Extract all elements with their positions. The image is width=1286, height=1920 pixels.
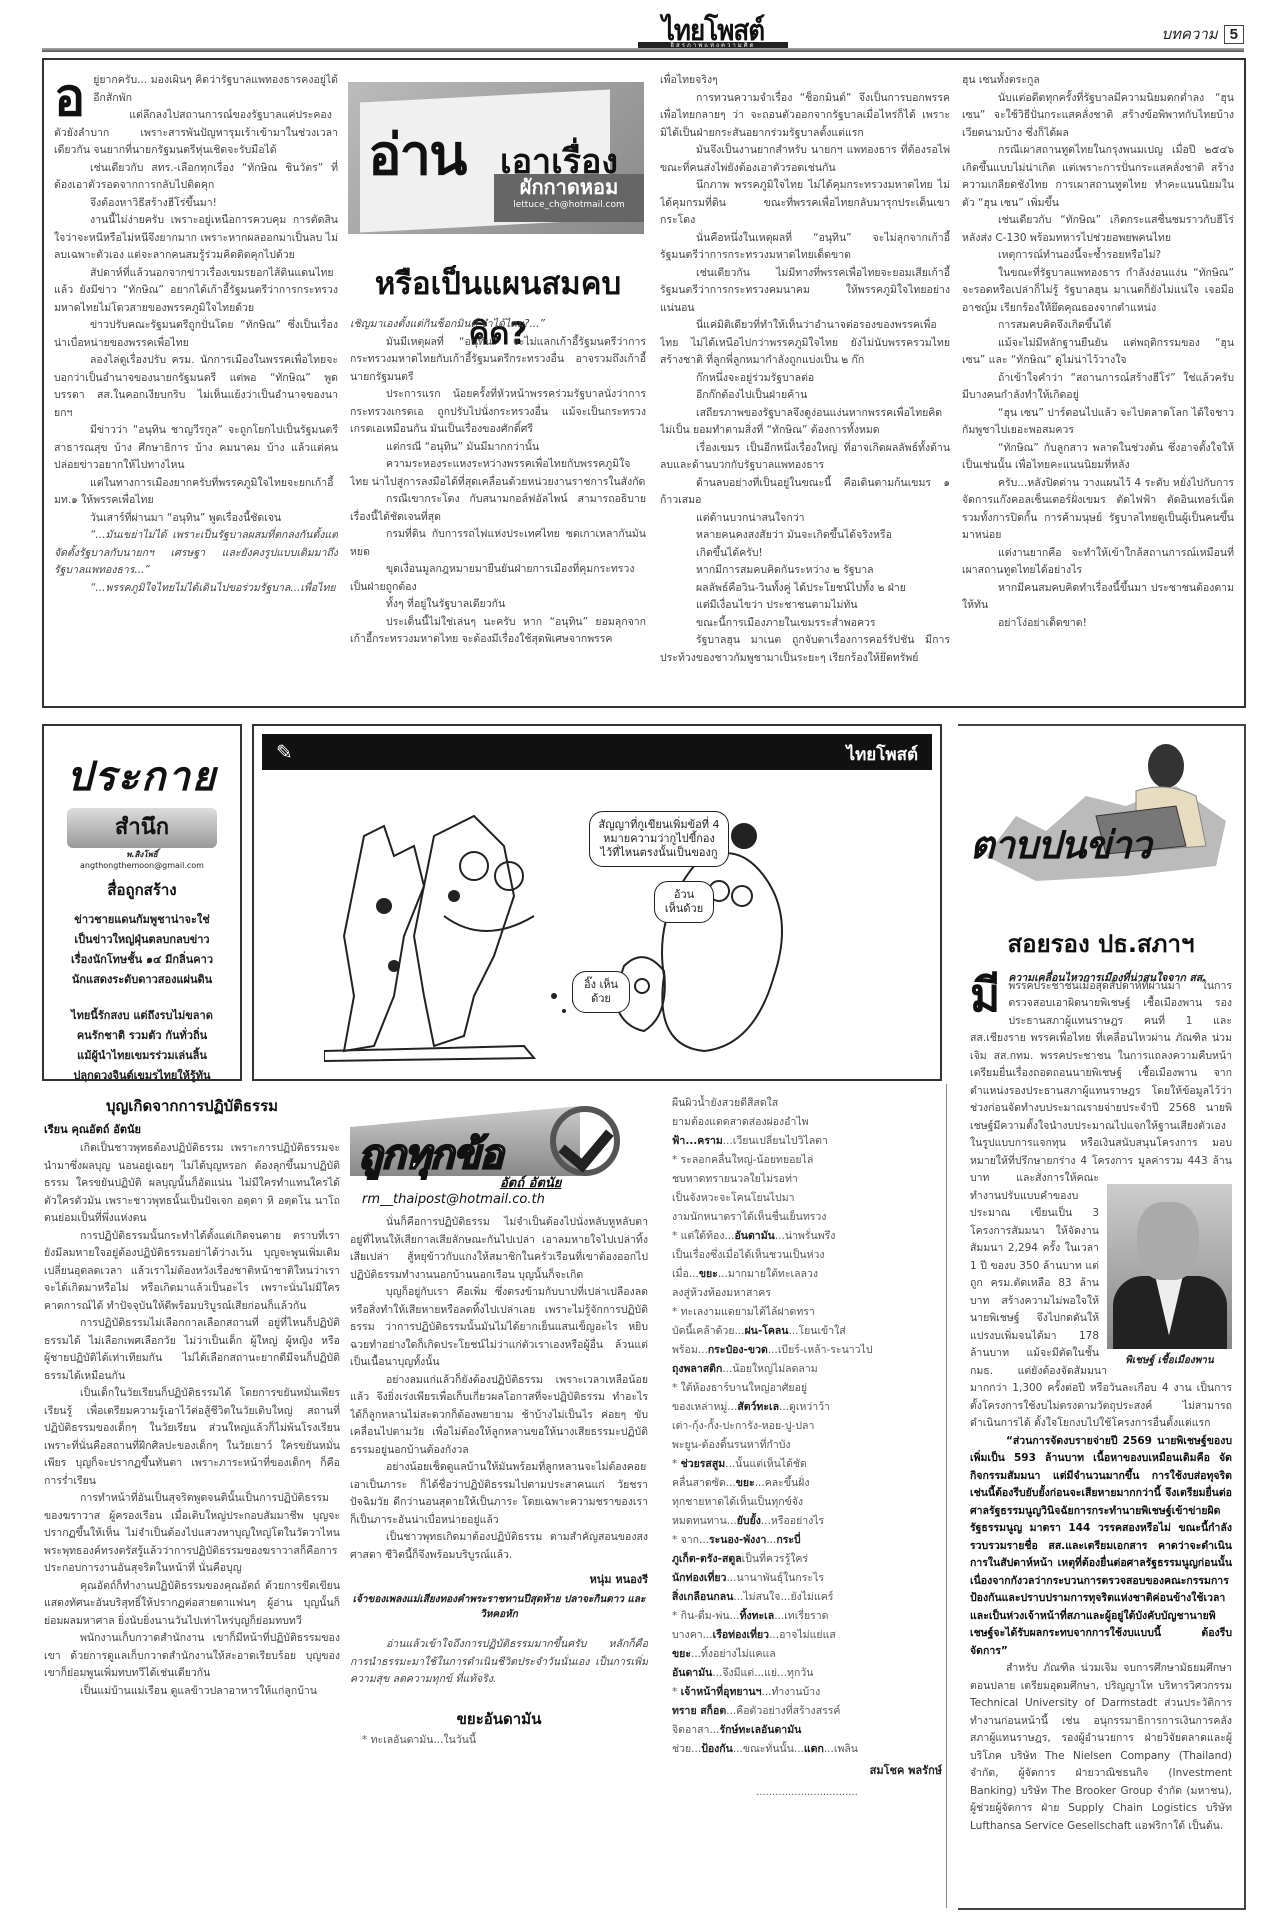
paragraph: เหตุการณ์ทำนองนี้จะซ้ำรอยหรือไม่?: [962, 247, 1234, 265]
paragraph: ครับ...หลังปิดด่าน วางแผนไว้ 4 ระดับ หยั…: [962, 475, 1234, 545]
paragraph: กรณีเขากระโดง กับสนามกอล์ฟอัลไพน์ สามารถ…: [350, 491, 646, 526]
poem-line: ภูเก็ต-ตรัง-สตูลเป็นที่ควรรู้ใคร่: [672, 1550, 942, 1569]
paragraph: คุณอัตถ์ก็ทำงานปฏิบัติธรรมของคุณอัตถ์ ด้…: [44, 1578, 340, 1631]
paragraph: ยู่ยากครับ... มองเผินๆ คิดว่ารัฐบาลแพทอง…: [54, 72, 338, 107]
paragraph: “...พรรคภูมิใจไทยไม่ได้เดินไปขอร่วมรัฐบา…: [54, 580, 338, 598]
poem-line: ของเหล่าหมู่...สัตว์ทะเล...ดูเหว่าว้า: [672, 1398, 942, 1417]
poem-line: * แต่ใต้ท้อง...อันดามัน...น่าพรั่นพรึง: [672, 1227, 942, 1246]
poem-column: ผืนผิวน้ำยังสวยดีสีสดใสยามต้องแดดสาดส่อง…: [672, 1094, 942, 1920]
prakai-logo: ประกาย: [44, 744, 240, 808]
paragraph: ลองไล่ดูเรื่องปรับ ครม. นักการเมืองในพรร…: [54, 352, 338, 422]
paragraph: บุญก็อยู่กับเรา คือเพิ่ม ซึ่งตรงข้ามกับบ…: [350, 1284, 648, 1372]
paragraph: เช่นเดียวกับ สทร.-เลือกทุกเรื่อง “ทักษิณ…: [54, 160, 338, 195]
cartoon-header-bar: ✎ ไทยโพสต์: [262, 734, 932, 770]
poem-line: เป็นเรื่องซึ่งเมื่อได้เห็นชวนเป็นห่วง: [672, 1246, 942, 1265]
tooktookkho-banner: ถูกทุกข้อ อัตถ์ อัตนัย rm__thaipost@hotm…: [350, 1092, 648, 1212]
poem-line: ยามต้องแดดสาดส่องผ่องอำไพ: [672, 1113, 942, 1132]
letter-title: บุญเกิดจากการปฏิบัติธรรม: [44, 1094, 340, 1118]
paragraph: ข่าวปรับคณะรัฐมนตรีถูกปั่นโดย “ทักษิณ” ซ…: [54, 317, 338, 352]
paragraph: อีกก๊กต้องไปเป็นฝ่ายค้าน: [660, 387, 950, 405]
paragraph: รัฐบาลฮุน มาเนต ถูกจับตาเรื่องการคอร์รัป…: [660, 632, 950, 667]
sub-column-title: ขยะอันดามัน: [350, 1707, 648, 1731]
paragraph: แต่ในทางการเมืองยากครับที่พรรคภูมิใจไทยจ…: [54, 475, 338, 510]
paragraph: การทวนความจำเรื่อง “ช็อกมินต์” จึงเป็นกา…: [660, 90, 950, 143]
poem-line: เป็นข่าวใหญ่ฝุ่นตลบกลบข่าว: [44, 930, 240, 950]
paragraph: “...มันเขย่าไม่ได้ เพราะเป็นรัฐบาลผสมที่…: [54, 527, 338, 580]
page-header: ไทยโพสต์ อิสรภาพแห่งความคิด บทความ5: [42, 0, 1244, 56]
speech-bubble-2: อ้วน เห็นด้วย: [654, 881, 714, 923]
poem-line: ขยะ...ทิ้งอย่างไม่แคแล: [672, 1645, 942, 1664]
poem-line: * ช่วยรสสูม...นั้นแต่เห็นได้ชัด: [672, 1455, 942, 1474]
poem-line: ลงสู่ห้วงท้องมหาสาคร: [672, 1284, 942, 1303]
speech-bubble-main: สัญญาที่กูเขียนเพิ่มข้อที่ 4 หมายความว่า…: [589, 811, 729, 867]
poem-line: เมื่อ...ขยะ...มากมายใต้ทะเลลวง: [672, 1265, 942, 1284]
paragraph: ฮุน เซนทั้งตระกูล: [962, 72, 1234, 90]
paragraph: นั่นก็คือการปฏิบัติธรรม ไม่จำเป็นต้องไปน…: [350, 1214, 648, 1284]
paragraph: อย่างน้อยเช็ดดูแลบ้านให้มันพร้อมที่ลูกหล…: [350, 1459, 648, 1529]
column-divider: [946, 1084, 947, 1908]
paragraph: เป็นเด็กในวัยเรียนก็ปฏิบัติธรรมได้ โดยกา…: [44, 1385, 340, 1490]
paragraph: เกิดเป็นชาวพุทธต้องปฏิบัติธรรม เพราะการป…: [44, 1140, 340, 1228]
paragraph: แต่มีเงื่อนไขว่า ประชาชนตามไม่ทัน: [660, 597, 950, 615]
paragraph: เป็นแม่บ้านแม่เรือน ดูแลข้าวปลาอาหารให้แ…: [44, 1683, 340, 1701]
paragraph: ด้านลบอย่างที่เป็นอยู่ในขณะนี้ คือเดินตา…: [660, 475, 950, 510]
poem-line: ทุกชายหาดได้เห็นเป็นทุกข์จัง: [672, 1493, 942, 1512]
paragraph: ความระหองระแหงระหว่างพรรคเพื่อไทยกับพรรค…: [350, 456, 646, 491]
paragraph: วันเสาร์ที่ผ่านมา “อนุทิน” พูดเรื่องนี้ช…: [54, 510, 338, 528]
poem-line: นักท่องเที่ยว...นานาพันธุ์ในกระไร: [672, 1569, 942, 1588]
poem-line: คลื่นสาดซัด...ขยะ...คละขึ้นฝั่ง: [672, 1474, 942, 1493]
masthead-logo: ไทยโพสต์ อิสรภาพแห่งความคิด: [638, 18, 788, 50]
speech-bubble-3: อิ๊ง เห็นด้วย: [572, 971, 630, 1013]
poem-line: งามนักหนาดราได้เห็นชื่นเย็นทรวง: [672, 1208, 942, 1227]
paragraph: เช่นเดียวกัน ไม่มีทางที่พรรคเพื่อไทยจะยอ…: [660, 265, 950, 318]
poem-line: * ทะเลงามแดยามไต้ไล้ฝาดทรา: [672, 1303, 942, 1322]
poem-line: พะยูน-ต้องดิ้นรนหาที่กำบัง: [672, 1436, 942, 1455]
poem-line: ปลุกดวงจินต์เขมรไทยให้รู้ทัน: [44, 1066, 240, 1086]
paragraph: แม้จะไม่มีหลักฐานยืนยัน แต่พฤติกรรมของ “…: [962, 335, 1234, 370]
section-label: บทความ5: [1161, 22, 1244, 46]
tooktook-email[interactable]: rm__thaipost@hotmail.co.th: [362, 1192, 545, 1207]
tooktookkho-logo: ถูกทุกข้อ: [358, 1122, 502, 1186]
author-email[interactable]: lettuce_ch@hotmail.com: [494, 200, 644, 210]
paragraph: เรื่องเขมร เป็นอีกหนึ่งเรื่องใหญ่ ที่อาจ…: [660, 440, 950, 475]
paragraph: อย่าโง่อย่าเด็ดขาด!: [962, 615, 1234, 633]
paragraph: การทำหน้าที่อันเป็นสุจริตพูดจนตินั้นเป็น…: [44, 1490, 340, 1578]
paragraph: เป็นชาวพุทธเกิดมาต้องปฏิบัติธรรม ตามสำคั…: [350, 1529, 648, 1564]
page-number: 5: [1224, 25, 1244, 44]
poem-line: คนรักชาติ รวมตัว กันทั่วถิ่น: [44, 1026, 240, 1046]
paragraph: แต่ลึกลงไปสถานการณ์ของรัฐบาลแค่ประคองตัว…: [54, 107, 338, 160]
column-title: สอยรอง ปธ.สภาฯ: [958, 924, 1244, 963]
paragraph: นับแต่อดีตทุกครั้งที่รัฐบาลมีความนิยมตกต…: [962, 90, 1234, 143]
letter-column: บุญเกิดจากการปฏิบัติธรรม เรียน คุณอัตถ์ …: [44, 1094, 340, 1920]
paragraph: ก๊กหนึ่งจะอยู่ร่วมรัฐบาลต่อ: [660, 370, 950, 388]
poem-line: ชบหาดทรายนวลใยไม่รอท่า: [672, 1170, 942, 1189]
poem-line: แม้ผู้นำไทยเขมรร่วมเล่นลิ้น: [44, 1046, 240, 1066]
col1-paragraphs: ยู่ยากครับ... มองเผินๆ คิดว่ารัฐบาลแพทอง…: [54, 72, 338, 597]
column-banner-aan-ao-rueang: อ่าน เอาเรื่อง ผักกาดหอม lettuce_ch@hotm…: [348, 82, 644, 234]
letter-signature: หนุ่ม หนองรี: [350, 1570, 648, 1588]
poem-line: เป็นจังหวะจะโคนโยนไปมา: [672, 1189, 942, 1208]
poem-line: * เจ้าหน้าที่อุทยานฯ...ทำงานบ้าง: [672, 1683, 942, 1702]
poem-line: * ระลอกคลื่นใหญ่-น้อยทยอยไล่: [672, 1151, 942, 1170]
paragraph: ทั้งๆ ที่อยู่ในรัฐบาลเดียวกัน: [350, 596, 646, 614]
tonpon-body: มี ความเคลื่อนไหวการเมืองที่น่าสนใจจาก ส…: [970, 970, 1232, 1900]
poem-line: ฟ้า...คราม...เวียนเปลี่ยนไปวิไลตา: [672, 1132, 942, 1151]
paragraph: ขุดเงื่อนมูลกฎหมายมายืนยันฝ่ายการเมืองที…: [350, 561, 646, 596]
poem-line: ทราย สก็อต...คือตัวอย่างที่สร้างสรรค์: [672, 1702, 942, 1721]
poem-line: จิตอาสา...รักษ์ทะเลอันดามัน: [672, 1721, 942, 1740]
paragraph: “ฮุน เซน” ปาร์ตอนไปแล้ว จะไปตลาดโลก ได้ใ…: [962, 405, 1234, 440]
paragraph: ถ้าเข้าใจคำว่า “สถานการณ์สร้างฮีโร่” ใช่…: [962, 370, 1234, 405]
poem-line: ผืนผิวน้ำยังสวยดีสีสดใส: [672, 1094, 942, 1113]
paragraph: แต่กรณี “อนุทิน” มันมีมากกว่านั้น: [350, 439, 646, 457]
paragraph: มีข่าวว่า “อนุทิน ชาญวีรกูล” จะถูกโยกไปเ…: [54, 422, 338, 475]
paragraph: นึกภาพ พรรคภูมิใจไทย ไม่ได้คุมกระทรวงมหา…: [660, 177, 950, 230]
poem-line: ช่วย...ป้องกัน...ขณะทั่นนั้น...แดก...เพล…: [672, 1740, 942, 1759]
samnuek-scroll: สำนึก: [67, 808, 217, 848]
editorial-cartoon: ✎ ไทยโพสต์ สัญญาที่กูเขียนเพิ่มข้อที่ 4 …: [252, 724, 942, 1081]
paragraph: ในขณะที่รัฐบาลแพทองธาร กำลังง่อนแง่น “ทั…: [962, 265, 1234, 318]
paragraph: แต่งานยากคือ จะทำให้เข้าใกล้สถานการณ์เหม…: [962, 545, 1234, 580]
politician-photo: [1107, 1184, 1232, 1349]
poem-line: สิ่งเกลือนกลน...ไม่สนใจ...ยังไม่แคร์: [672, 1588, 942, 1607]
poem-line: ไทยนี้รักสงบ แต่ถึงรบไม่ขลาด: [44, 1006, 240, 1026]
paragraph: ขณะนี้การเมืองภายในเขมรระส่ำพอควร: [660, 615, 950, 633]
photo-caption: พิเชษฐ์ เชื้อเมืองพาน: [1107, 1353, 1232, 1368]
paragraph: พนักงานเก็บกวาดสำนักงาน เขาก็มีหน้าที่ปฏ…: [44, 1630, 340, 1683]
col1-article: อ ยู่ยากครับ... มองเผินๆ คิดว่ารัฐบาลแพท…: [54, 72, 338, 702]
poem-line: * ใต้ห้องธาร์บานใหญ่อาศัยอยู่: [672, 1379, 942, 1398]
poem-signature: สมโชค พลรักษ์: [672, 1761, 942, 1779]
checkmark-icon: [550, 1106, 620, 1176]
paragraph: กรมที่ดิน กับการรถไฟแห่งประเทศไทย ซดเกาเ…: [350, 526, 646, 561]
prakai-email[interactable]: angthongthemoon@gmail.com: [44, 861, 240, 870]
poem-line: เต่า-กุ้ง-กั้ง-ปะการัง-หอย-ปู-ปลา: [672, 1417, 942, 1436]
paragraph: กรณีเผาสถานทูตไทยในกรุงพนมเปญ เมื่อปี ๒๕…: [962, 142, 1234, 212]
prakai-samnuek-box: ประกาย สำนึก พ.สิงโพธิ์ angthongthemoon@…: [42, 724, 242, 1081]
tonponkhao-logo: ตาบปนข่าว: [970, 814, 1151, 875]
poem-line: * จาก...ระนอง-พังงา...กระบี่: [672, 1531, 942, 1550]
poem-line: บัดนี้เคล้าด้วย...ฝน-โคลน...โยนเข้าใส่: [672, 1322, 942, 1341]
letter-salutation: เรียน คุณอัตถ์ อัตนัย: [44, 1120, 340, 1138]
paragraph: จึงต้องหาวิธีสร้างฮีโร่ขึ้นมา!: [54, 195, 338, 213]
paragraph: การปฏิบัติธรรมไม่เลือกกาลเลือกสถานที่ อย…: [44, 1315, 340, 1385]
paragraph: มันจึงเป็นงานยากสำหรับ นายกฯ แพทองธาร ที…: [660, 142, 950, 177]
col3-article: เพื่อไทยจริงๆการทวนความจำเรื่อง “ช็อกมิน…: [660, 72, 950, 702]
poem-line: พร้อม...กระป๋อง-ขวด...เบียร์-เหล้า-ระนาว…: [672, 1341, 942, 1360]
editor-reply: อ่านแล้วเข้าใจถึงการปฏิบัติธรรมมากขึ้นคร…: [350, 1636, 648, 1689]
paragraph: หลายคนคงสงสัยว่า มันจะเกิดขึ้นได้จริงหรื…: [660, 527, 950, 545]
paragraph: อย่างลมแก่แล้วก็ยังต้องปฏิบัติธรรม เพราะ…: [350, 1372, 648, 1460]
poem-line: เรื่องนักโทษชั้น ๑๔ มีกลิ่นคาว: [44, 950, 240, 970]
paragraph: ประการแรก น้อยครั้งที่หัวหน้าพรรคร่วมรัฐ…: [350, 386, 646, 439]
paragraph: การปฏิบัติธรรมนั้นกระทำได้ตั้งแต่เกิดจนต…: [44, 1228, 340, 1316]
paragraph: ประเด็นนี้ไม่ใช่เล่นๆ นะครับ หาก “อนุทิน…: [350, 614, 646, 649]
tooktook-body: นั่นก็คือการปฏิบัติธรรม ไม่จำเป็นต้องไปน…: [350, 1214, 648, 1920]
poem-line: ข่าวชายแดนกัมพูชาน่าจะใช่: [44, 910, 240, 930]
paragraph: สัปดาห์ที่แล้วนอกจากข่าวเรื่องเขมรยอกไส้…: [54, 265, 338, 318]
tonponkhao-column: ตาบปนข่าว สอยรอง ปธ.สภาฯ มี ความเคลื่อนไ…: [958, 724, 1246, 1910]
poem-line: นักแสดงระดับดาวสองแผ่นดิน: [44, 970, 240, 990]
poem-line: หมดทนทาน...ยับยั้ง...หรืออย่างไร: [672, 1512, 942, 1531]
dropcap: อ: [54, 74, 85, 122]
col4-article: ฮุน เซนทั้งตระกูลนับแต่อดีตทุกครั้งที่รั…: [962, 72, 1234, 702]
paragraph: งานนี้ไม่ง่ายครับ เพราะอยู่เหนือการควบคุ…: [54, 212, 338, 265]
poem-title: สื่อถูกสร้าง: [44, 878, 240, 902]
paragraph: “ทักษิณ” กับลูกสาว พลาดในช่วงต้น ซึ่งอาจ…: [962, 440, 1234, 475]
paragraph: เพื่อไทยจริงๆ: [660, 72, 950, 90]
header-rule: [42, 48, 1244, 52]
poem-line: * กิน-ดื่ม-พ่น...ทิ้งทะเล...เทเรี่ยราด: [672, 1607, 942, 1626]
stanza-1: ข่าวชายแดนกัมพูชาน่าจะใช่เป็นข่าวใหญ่ฝุ่…: [44, 910, 240, 990]
paragraph: นี่แค่มิติเดียวที่ทำให้เห็นว่าอำนาจต่อรอ…: [660, 317, 950, 370]
poem-line: อันดามัน...จึงมีแต่...แย่...ทุกวัน: [672, 1664, 942, 1683]
paragraph: แต่ด้านบวกน่าสนใจกว่า: [660, 510, 950, 528]
author-band: ผักกาดหอม lettuce_ch@hotmail.com: [494, 174, 644, 222]
poem-line: ถุงพลาสติก...น้อยใหญ่ไม่ลดลาม: [672, 1360, 942, 1379]
paragraph: นั่นคือหนึ่งในเหตุผลที่ “อนุทิน” จะไม่ลุ…: [660, 230, 950, 265]
col2-article: เชิญมาเองตั้งแต่กินช็อกมินต์ จำได้ไหม?..…: [350, 316, 646, 702]
paragraph: มันมีเหตุผลที่ “อนุทิน” จะไม่แลกเก้าอี้ร…: [350, 334, 646, 387]
paragraph: หากมีการสมคบคิดกันระหว่าง ๒ รัฐบาล: [660, 562, 950, 580]
paragraph: เสถียรภาพของรัฐบาลจึงดูง่อนแง่นหากพรรคเพ…: [660, 405, 950, 440]
paragraph: การสมคบคิดจึงเกิดขึ้นได้: [962, 317, 1234, 335]
paragraph: เช่นเดียวกับ “ทักษิณ” เกิดกระแสชื่นชมราว…: [962, 212, 1234, 247]
poem-line: บางคา...เรือท่องเที่ยว...อาจไม่แย่แส: [672, 1626, 942, 1645]
cartoonist-icon: ✎: [276, 740, 293, 764]
paragraph: หากมีคนสมคบคิดทำเรื่องนี้ขึ้นมา ประชาชนต…: [962, 580, 1234, 615]
stanza-2: ไทยนี้รักสงบ แต่ถึงรบไม่ขลาดคนรักชาติ รว…: [44, 1006, 240, 1086]
paragraph: เกิดขึ้นได้ครับ!: [660, 545, 950, 563]
paragraph: ผลลัพธ์คือวิน-วินทั้งคู่ ได้ประโยชน์ไปทั…: [660, 580, 950, 598]
